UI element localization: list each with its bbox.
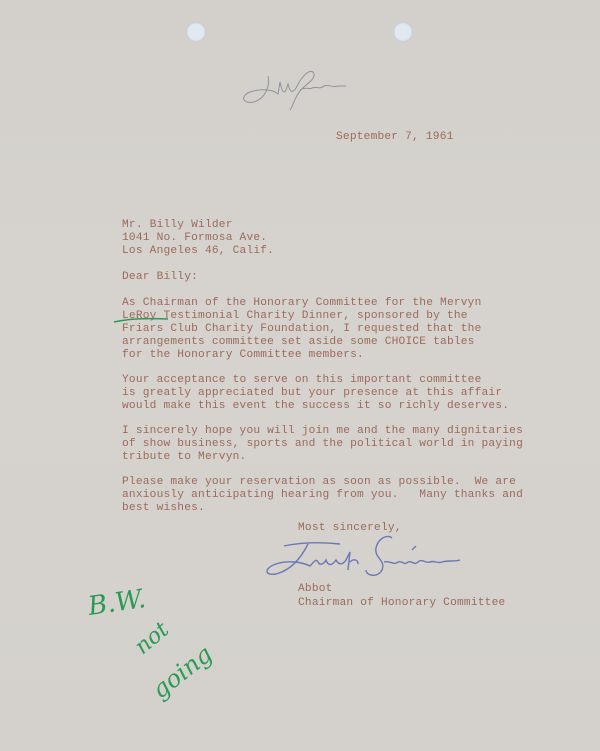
paragraph-line: would make this event the success it so … — [122, 400, 509, 413]
letter-page: September 7, 1961 Mr. Billy Wilder 1041 … — [0, 0, 600, 751]
punch-hole-left — [186, 22, 206, 42]
paragraph-line: of show business, sports and the politic… — [122, 438, 523, 451]
top-pencil-signature — [240, 64, 350, 112]
paragraph-line: Your acceptance to serve on this importa… — [122, 374, 482, 387]
paragraph-line: is greatly appreciated but your presence… — [122, 387, 502, 400]
annotation-initials: B.W. — [86, 584, 147, 622]
signer-title-abbot: Abbot — [298, 583, 333, 596]
recipient-street: 1041 No. Formosa Ave. — [122, 232, 267, 245]
paragraph-line: As Chairman of the Honorary Committee fo… — [122, 297, 482, 310]
paragraph-line: arrangements committee set aside some CH… — [122, 336, 475, 349]
paragraph-line: tribute to Mervyn. — [122, 451, 246, 464]
ink-signature — [262, 532, 472, 584]
green-underline-mark — [112, 317, 172, 325]
recipient-name: Mr. Billy Wilder — [122, 219, 233, 232]
signer-title-chairman: Chairman of Honorary Committee — [298, 597, 505, 610]
salutation: Dear Billy: — [122, 271, 198, 284]
paragraph-line: Friars Club Charity Foundation, I reques… — [122, 323, 482, 336]
punch-hole-right — [393, 22, 413, 42]
paragraph-line: I sincerely hope you will join me and th… — [122, 425, 523, 438]
paragraph-line: best wishes. — [122, 502, 205, 515]
letter-date: September 7, 1961 — [336, 131, 454, 144]
recipient-city: Los Angeles 46, Calif. — [122, 245, 274, 258]
paragraph-line: LeRoy Testimonial Charity Dinner, sponso… — [122, 310, 468, 323]
paragraph-line: anxiously anticipating hearing from you.… — [122, 489, 523, 502]
paragraph-line: Please make your reservation as soon as … — [122, 476, 516, 489]
paragraph-line: for the Honorary Committee members. — [122, 349, 364, 362]
annotation-not: not — [130, 617, 174, 659]
